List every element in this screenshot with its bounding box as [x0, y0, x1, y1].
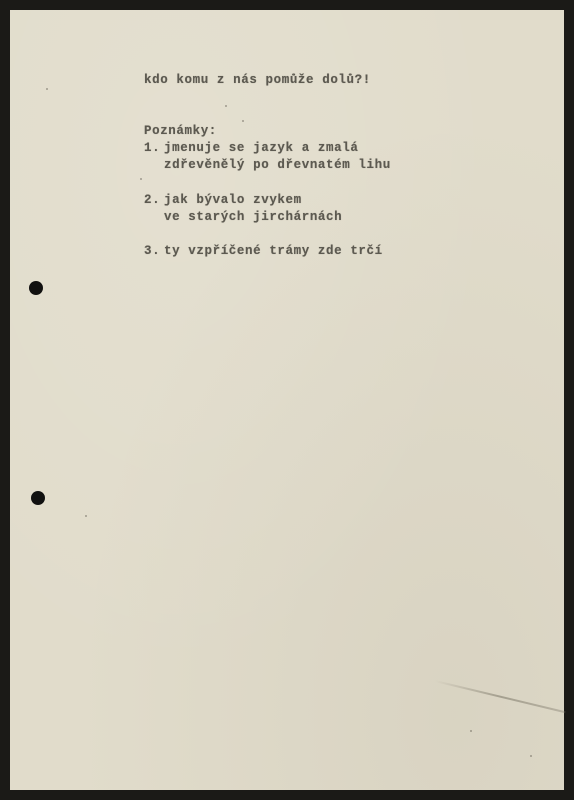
paper-speck: [46, 88, 48, 90]
note-1-line-2: zdřevěnělý po dřevnatém lihu: [164, 157, 391, 174]
note-3-number: 3.: [144, 243, 160, 260]
paper-speck: [225, 105, 227, 107]
paper-speck: [242, 120, 244, 122]
paper-speck: [470, 730, 472, 732]
note-1-line-1: jmenuje se jazyk a zmalá: [164, 140, 358, 157]
paper-speck: [140, 178, 142, 180]
paper-speck: [85, 515, 87, 517]
punch-hole-bottom: [31, 491, 45, 505]
heading-line: kdo komu z nás pomůže dolů?!: [144, 72, 371, 89]
paper-speck: [530, 755, 532, 757]
note-2-number: 2.: [144, 192, 160, 209]
paper-scratch-mark: [435, 680, 566, 713]
scan-background: kdo komu z nás pomůže dolů?! Poznámky: 1…: [0, 0, 574, 800]
paper-page: kdo komu z nás pomůže dolů?! Poznámky: 1…: [10, 10, 564, 790]
typewritten-text-block: kdo komu z nás pomůže dolů?! Poznámky: 1…: [144, 10, 193, 282]
note-2-line-1: jak bývalo zvykem: [164, 192, 302, 209]
note-2-line-2: ve starých jirchárnách: [164, 209, 342, 226]
note-1-number: 1.: [144, 140, 160, 157]
notes-title: Poznámky:: [144, 123, 217, 140]
note-3-line-1: ty vzpříčené trámy zde trčí: [164, 243, 383, 260]
punch-hole-top: [29, 281, 43, 295]
